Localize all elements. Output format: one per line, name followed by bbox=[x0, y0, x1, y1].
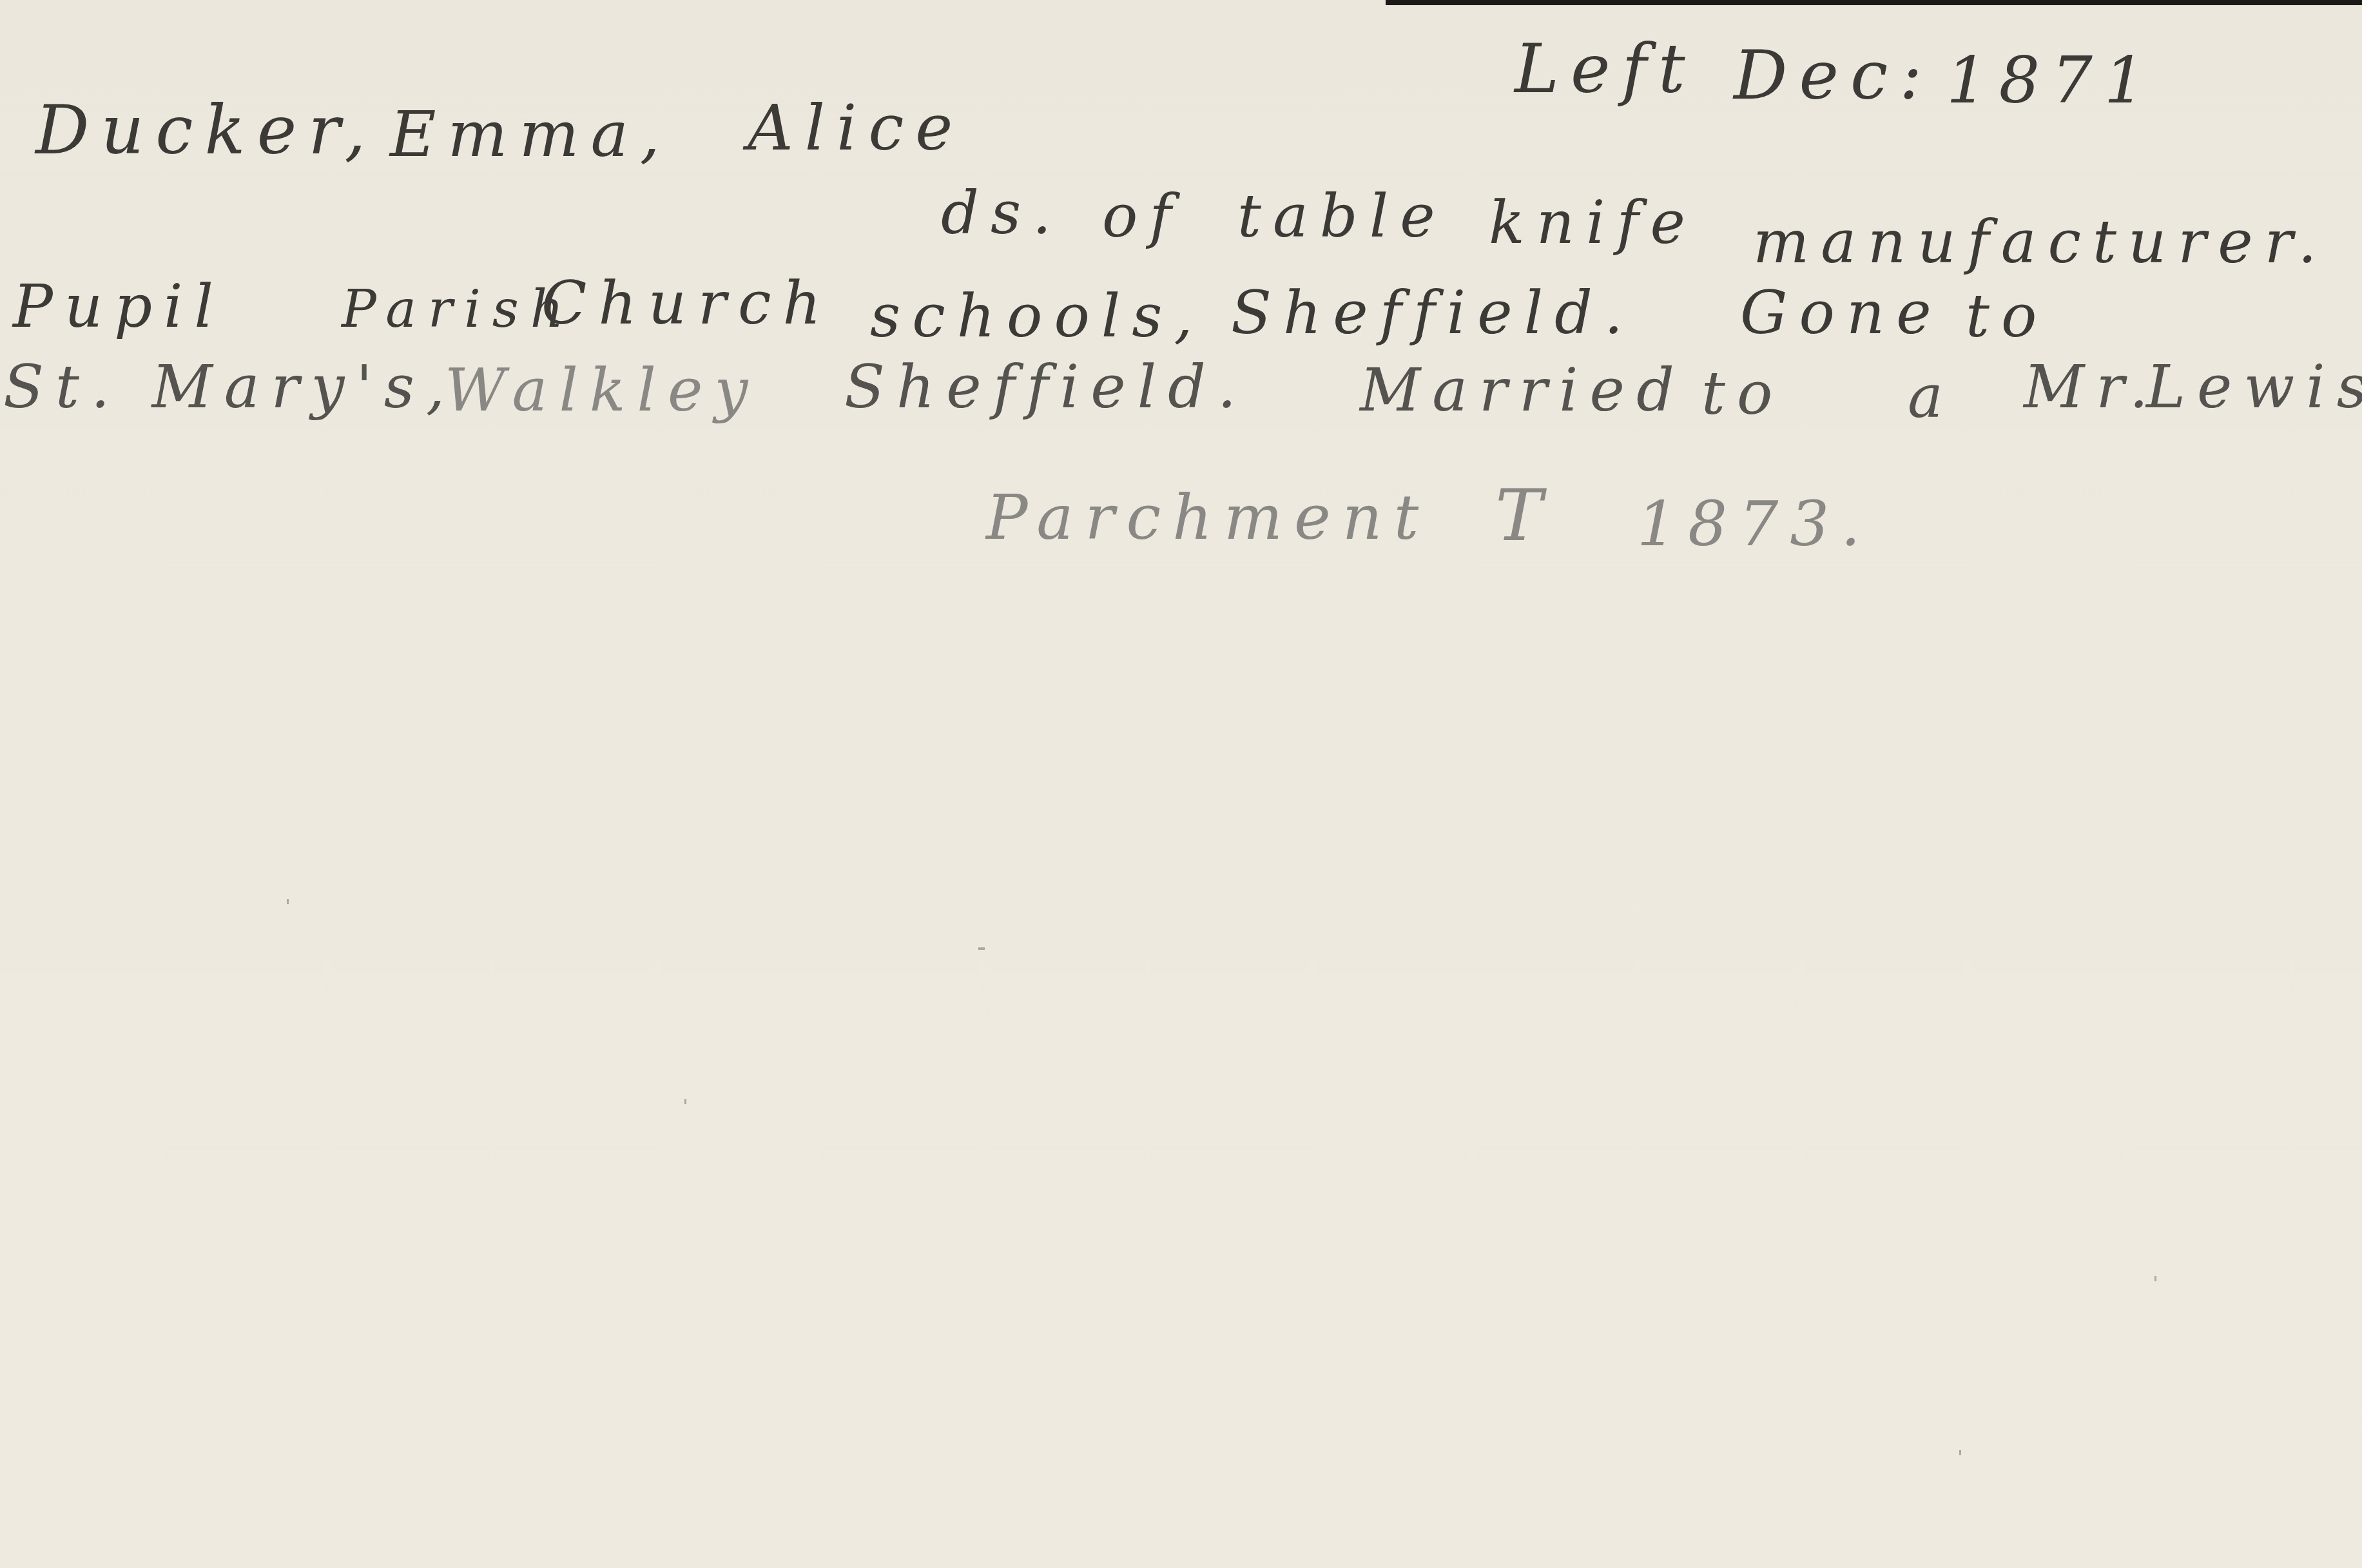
paper-speck bbox=[287, 899, 289, 904]
line2-word: Church bbox=[541, 274, 833, 333]
line1-word: manufacturer. bbox=[1753, 213, 2328, 272]
line3-word: to bbox=[1701, 364, 1784, 423]
line3-word: Walkley bbox=[445, 361, 759, 420]
line3-word: Married bbox=[1360, 361, 1686, 420]
line3-word: Mr. bbox=[2024, 358, 2160, 417]
record-card: Ducker, Emma, Alice Left Dec: 1871 ds. o… bbox=[0, 0, 2362, 1568]
paper-speck bbox=[684, 1099, 686, 1104]
line1-word: of bbox=[1102, 187, 1183, 246]
first-name: Emma, bbox=[390, 103, 672, 166]
paper-speck bbox=[2154, 1276, 2156, 1281]
line3-word: Lewis bbox=[2146, 358, 2362, 417]
parchment-year: 1873. bbox=[1637, 493, 1872, 555]
line1-word: knife bbox=[1489, 193, 1697, 253]
line2-word: Pupil bbox=[13, 277, 225, 336]
line2-word: Gone bbox=[1740, 284, 1943, 343]
left-label: Left bbox=[1515, 35, 1697, 102]
line2-word: to bbox=[1966, 287, 2048, 346]
line3-word: Sheffield. bbox=[844, 358, 1248, 417]
card-top-edge bbox=[1386, 0, 2362, 5]
paper-speck bbox=[1959, 1450, 1961, 1455]
line2-word: schools, bbox=[870, 287, 1205, 346]
parchment-label: Parchment bbox=[986, 487, 1430, 548]
line2-word: Sheffield. bbox=[1231, 284, 1634, 343]
line2-word: Parish bbox=[342, 284, 575, 335]
line3-word: St. Mary's, bbox=[3, 358, 456, 417]
line1-word: table bbox=[1237, 187, 1447, 246]
line1-word: ds. bbox=[941, 184, 1063, 243]
surname: Ducker, bbox=[35, 97, 378, 164]
parchment-class: T bbox=[1495, 480, 1554, 551]
middle-name: Alice bbox=[748, 97, 964, 160]
line3-word: a bbox=[1908, 367, 1955, 427]
paper-speck bbox=[978, 947, 985, 950]
left-year: 1871 bbox=[1946, 48, 2157, 113]
left-month: Dec: bbox=[1734, 42, 1933, 109]
